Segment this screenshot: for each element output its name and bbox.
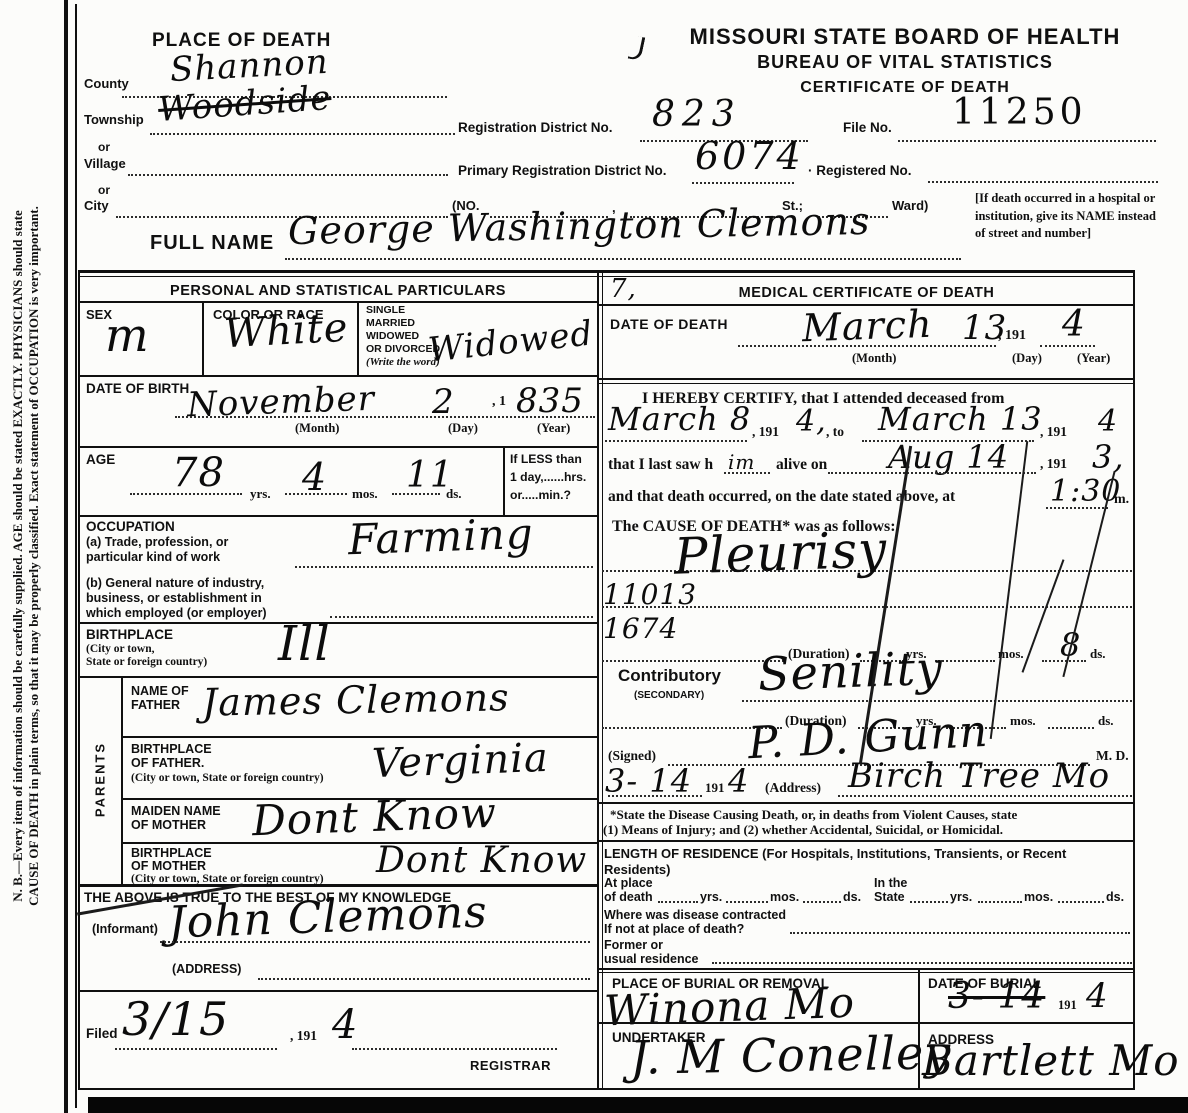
race-value: White bbox=[223, 305, 350, 357]
footnote-line2: (1) Means of Injury; and (2) whether Acc… bbox=[603, 822, 1003, 838]
age-yrs-value: 78 bbox=[172, 450, 225, 496]
father-bp-label1: BIRTHPLACE bbox=[131, 742, 212, 756]
duration2-line-4 bbox=[1048, 727, 1094, 729]
saw-year-written: 3, bbox=[1092, 438, 1125, 476]
right-row-border-1b bbox=[597, 383, 1133, 384]
marital-value: Widowed bbox=[426, 313, 595, 370]
father-name-label1: NAME OF bbox=[131, 684, 189, 698]
sign-date-line bbox=[608, 795, 702, 797]
father-name-label2: FATHER bbox=[131, 698, 180, 712]
dod-label: DATE OF DEATH bbox=[610, 316, 728, 332]
cause-code-2: 1674 bbox=[603, 612, 678, 645]
or-label-1: or bbox=[98, 140, 110, 154]
dob-year-label: (Year) bbox=[537, 421, 570, 436]
age-mos-line bbox=[285, 493, 347, 495]
left-title-border bbox=[78, 301, 597, 303]
mother-name-label2: OF MOTHER bbox=[131, 818, 206, 832]
contributory-line bbox=[742, 700, 1132, 702]
contracted-label2: If not at place of death? bbox=[604, 922, 744, 936]
duration2-mos-label: mos. bbox=[1010, 713, 1036, 729]
informant-label: (Informant) bbox=[92, 922, 158, 936]
age-yrs-line bbox=[130, 493, 242, 495]
duration1-line-4 bbox=[1042, 660, 1086, 662]
dod-line-2 bbox=[1040, 345, 1095, 347]
reg-district-label: Registration District No. bbox=[458, 120, 613, 135]
row-border-2 bbox=[78, 446, 597, 448]
burial-date-value: 3- 14 bbox=[948, 976, 1045, 1017]
attended-to-value: March 13 bbox=[878, 400, 1043, 438]
mother-bp-value: Dont Know bbox=[376, 840, 587, 881]
age-label: AGE bbox=[86, 452, 115, 467]
marital-line1: SINGLE bbox=[366, 304, 405, 316]
dob-label: DATE OF BIRTH bbox=[86, 381, 189, 396]
birthplace-hint2: State or foreign country) bbox=[86, 656, 207, 668]
township-line bbox=[150, 133, 455, 135]
city-label: City bbox=[84, 198, 109, 213]
sign-year-printed: 191 bbox=[705, 780, 725, 796]
father-name-value: James Clemons bbox=[202, 675, 510, 724]
filed-year-printed: , 191 bbox=[290, 1028, 317, 1044]
attended-from-year-written: 4, bbox=[796, 404, 827, 439]
sign-address-label: (Address) bbox=[765, 780, 821, 796]
file-no-line bbox=[898, 140, 1156, 142]
filed-line-1 bbox=[115, 1048, 277, 1050]
cause-value: Pleurisy bbox=[673, 520, 888, 585]
sign-year-written: 4 bbox=[728, 762, 749, 800]
margin-note-line1: N. B.—Every item of information should b… bbox=[10, 26, 26, 1086]
occupation-b-line3: which employed (or employer) bbox=[86, 606, 267, 620]
dod-year-written: 4 bbox=[1062, 304, 1086, 345]
mother-bp-label1: BIRTHPLACE bbox=[131, 846, 212, 860]
mother-name-value: Dont Know bbox=[251, 788, 497, 846]
county-label: County bbox=[84, 76, 129, 91]
or-label-2: or bbox=[98, 183, 110, 197]
res-line-4 bbox=[910, 901, 948, 903]
duration2-ds-label: ds. bbox=[1098, 713, 1114, 729]
dob-day-label: (Day) bbox=[448, 421, 478, 436]
death-certificate-scan: N. B.—Every item of information should b… bbox=[0, 0, 1188, 1113]
attended-from-year-printed: , 191 bbox=[752, 424, 779, 440]
dob-comma: , 1 bbox=[492, 394, 506, 410]
bureau-title: BUREAU OF VITAL STATISTICS bbox=[645, 52, 1165, 73]
occupation-label: OCCUPATION bbox=[86, 519, 175, 534]
full-name-label: FULL NAME bbox=[150, 232, 274, 255]
in-the-label2: State bbox=[874, 890, 905, 904]
dod-month-label: (Month) bbox=[852, 351, 896, 366]
dob-month-value: November bbox=[186, 379, 375, 426]
occupation-b-line2: business, or establishment in bbox=[86, 591, 262, 605]
row-border-6 bbox=[78, 884, 597, 887]
primary-reg-value: 6074 bbox=[695, 134, 804, 178]
age-note-line3: or.....min.? bbox=[510, 488, 571, 502]
occupation-a-line1: (a) Trade, profession, or bbox=[86, 535, 228, 549]
township-label: Township bbox=[84, 112, 144, 127]
table-top-border-2 bbox=[78, 276, 1135, 277]
ink-mark bbox=[628, 35, 646, 61]
res-ds-label-1: ds. bbox=[843, 890, 861, 904]
saw-line-part2: alive on bbox=[776, 456, 827, 474]
former-label1: Former or bbox=[604, 938, 663, 952]
primary-reg-label: Primary Registration District No. bbox=[458, 163, 667, 178]
residence-title: LENGTH OF RESIDENCE (For Hospitals, Inst… bbox=[604, 846, 1132, 877]
sign-address-line bbox=[838, 795, 1132, 797]
dod-line-1 bbox=[738, 345, 996, 347]
center-divider bbox=[597, 270, 599, 1090]
res-yrs-label-2: yrs. bbox=[950, 890, 972, 904]
informant-line bbox=[160, 941, 590, 943]
marital-line3: WIDOWED bbox=[366, 330, 419, 342]
contributory-value: Senility bbox=[757, 641, 944, 701]
age-ds-label: ds. bbox=[446, 486, 462, 502]
duration1-line-3 bbox=[935, 660, 995, 662]
left-column-title: PERSONAL AND STATISTICAL PARTICULARS bbox=[78, 283, 598, 299]
occupation-b-line bbox=[330, 616, 593, 618]
res-line-6 bbox=[1058, 901, 1104, 903]
full-name-value: George Washington Clemons bbox=[288, 199, 871, 253]
birthplace-value: Ill bbox=[278, 616, 331, 672]
father-bp-label2: OF FATHER. bbox=[131, 756, 204, 770]
cause-code-1: 11013 bbox=[603, 578, 697, 611]
occupation-a-line2: particular kind of work bbox=[86, 550, 220, 564]
registered-no-label: · Registered No. bbox=[808, 163, 912, 178]
death-time-line bbox=[1046, 507, 1108, 509]
dob-month-label: (Month) bbox=[295, 421, 339, 436]
res-ds-label-2: ds. bbox=[1106, 890, 1124, 904]
center-divider-2 bbox=[602, 270, 603, 1090]
marital-line2: MARRIED bbox=[366, 317, 415, 329]
former-line bbox=[712, 962, 1132, 964]
reg-district-value: 823 bbox=[652, 94, 742, 135]
sign-address-value: Birch Tree Mo bbox=[848, 756, 1110, 796]
former-label2: usual residence bbox=[604, 952, 699, 966]
father-bp-value: Verginia bbox=[371, 735, 549, 787]
occupation-a-line bbox=[295, 566, 593, 568]
secondary-label: (SECONDARY) bbox=[634, 690, 704, 701]
sex-race-divider bbox=[202, 302, 204, 375]
table-top-border bbox=[78, 270, 1135, 273]
age-note-line1: If LESS than bbox=[510, 452, 582, 466]
father-bp-hint: (City or town, State or foreign country) bbox=[131, 772, 324, 784]
informant-address-label: (ADDRESS) bbox=[172, 962, 241, 976]
age-note-line2: 1 day,......hrs. bbox=[510, 470, 586, 484]
res-mos-label-1: mos. bbox=[770, 890, 799, 904]
contracted-label1: Where was disease contracted bbox=[604, 908, 786, 922]
occupation-b-line1: (b) General nature of industry, bbox=[86, 576, 264, 590]
mother-name-label1: MAIDEN NAME bbox=[131, 804, 221, 818]
scan-bottom-bar bbox=[88, 1097, 1188, 1113]
city-ward-label: Ward) bbox=[892, 198, 928, 213]
file-no-label: File No. bbox=[843, 120, 892, 135]
informant-value: John Clemons bbox=[167, 886, 488, 948]
village-line bbox=[128, 174, 448, 176]
registered-no-line bbox=[928, 181, 1158, 183]
right-row-border-2 bbox=[597, 968, 1133, 970]
table-left-border bbox=[78, 270, 80, 1090]
saw-him-line bbox=[724, 472, 770, 474]
mother-bp-label2: OF MOTHER bbox=[131, 859, 206, 873]
burial-year-printed: 191 bbox=[1058, 998, 1077, 1013]
contracted-line bbox=[790, 932, 1130, 934]
attended-to-year-printed: , 191 bbox=[1040, 424, 1067, 440]
primary-reg-line bbox=[692, 182, 794, 184]
scan-edge-line-thick bbox=[64, 0, 68, 1113]
row-border-1 bbox=[78, 375, 597, 377]
age-ds-line bbox=[392, 493, 440, 495]
age-mos-label: mos. bbox=[352, 486, 378, 502]
res-line-2 bbox=[726, 901, 768, 903]
footnote-top-border bbox=[597, 802, 1133, 804]
pen-stroke-4 bbox=[1022, 559, 1065, 672]
full-name-line bbox=[285, 258, 961, 260]
parents-cell-divider bbox=[121, 676, 123, 884]
right-row-border-2b bbox=[597, 972, 1133, 973]
age-subbox-divider bbox=[503, 446, 505, 515]
contributory-label: Contributory bbox=[618, 666, 721, 686]
filed-year-written: 4 bbox=[332, 1002, 358, 1048]
saw-line-part1: that I last saw h bbox=[608, 456, 713, 474]
footnote-line1: *State the Disease Causing Death, or, in… bbox=[610, 807, 1017, 823]
filed-line-2 bbox=[352, 1048, 557, 1050]
saw-him-written: im bbox=[728, 450, 755, 474]
row-border-4 bbox=[78, 622, 597, 624]
dob-line bbox=[175, 416, 595, 418]
duration1-ds-label: ds. bbox=[1090, 646, 1106, 662]
undertaker-address-value: Bartlett Mo bbox=[922, 1036, 1180, 1085]
right-row-border-1 bbox=[597, 378, 1133, 380]
saw-year-printed: , 191 bbox=[1040, 456, 1067, 472]
in-the-label1: In the bbox=[874, 876, 907, 890]
footnote-bottom-border bbox=[597, 840, 1133, 842]
right-column-title: MEDICAL CERTIFICATE OF DEATH bbox=[600, 285, 1133, 301]
res-line-5 bbox=[978, 901, 1022, 903]
filed-value: 3/15 bbox=[122, 992, 229, 1046]
scan-edge-line-thin bbox=[75, 4, 77, 1108]
res-line-1 bbox=[658, 901, 698, 903]
dod-year-printed: , 191 bbox=[998, 328, 1026, 344]
birthplace-hint1: (City or town, bbox=[86, 643, 154, 655]
at-place-label1: At place bbox=[604, 876, 653, 890]
age-yrs-label: yrs. bbox=[250, 486, 271, 502]
undertaker-value: J. M Conelley bbox=[630, 1025, 952, 1085]
attended-to-label: , to bbox=[826, 424, 844, 440]
dod-year-label: (Year) bbox=[1077, 351, 1110, 366]
dob-year-value: 835 bbox=[516, 381, 584, 421]
village-label: Village bbox=[84, 156, 126, 171]
file-no-value: 11250 bbox=[952, 92, 1087, 133]
filed-label: Filed bbox=[86, 1026, 118, 1041]
margin-note-line2: CAUSE OF DEATH in plain terms, so that i… bbox=[26, 26, 42, 1086]
res-mos-label-2: mos. bbox=[1024, 890, 1053, 904]
race-marital-divider bbox=[357, 302, 359, 375]
burial-year-written: 4 bbox=[1086, 976, 1109, 1016]
at-place-label2: of death bbox=[604, 890, 653, 904]
death-time-m-label: m. bbox=[1114, 492, 1129, 508]
registrar-label: REGISTRAR bbox=[470, 1058, 551, 1073]
sex-value: m bbox=[105, 308, 150, 362]
table-bottom-border bbox=[78, 1088, 1135, 1090]
attended-to-year-written: 4 bbox=[1098, 404, 1118, 439]
occupation-a-value: Farming bbox=[347, 509, 534, 564]
saw-date-line bbox=[828, 472, 1036, 474]
margin-note: N. B.—Every item of information should b… bbox=[10, 26, 46, 1086]
hospital-note: [If death occurred in a hospital or inst… bbox=[975, 190, 1161, 243]
res-line-3 bbox=[803, 901, 841, 903]
burial-row-border bbox=[597, 1022, 1133, 1024]
dod-day-label: (Day) bbox=[1012, 351, 1042, 366]
parents-vertical-label: PARENTS bbox=[93, 735, 108, 825]
birthplace-label: BIRTHPLACE bbox=[86, 627, 173, 642]
attended-from-value: March 8 bbox=[608, 400, 751, 438]
res-yrs-label-1: yrs. bbox=[700, 890, 722, 904]
attended-line-1 bbox=[605, 440, 747, 442]
table-right-border bbox=[1133, 270, 1135, 1090]
board-title: MISSOURI STATE BOARD OF HEALTH bbox=[645, 24, 1165, 50]
informant-address-line bbox=[258, 978, 590, 980]
pen-stroke-2 bbox=[990, 441, 1029, 739]
dod-month-value: March bbox=[801, 302, 933, 351]
